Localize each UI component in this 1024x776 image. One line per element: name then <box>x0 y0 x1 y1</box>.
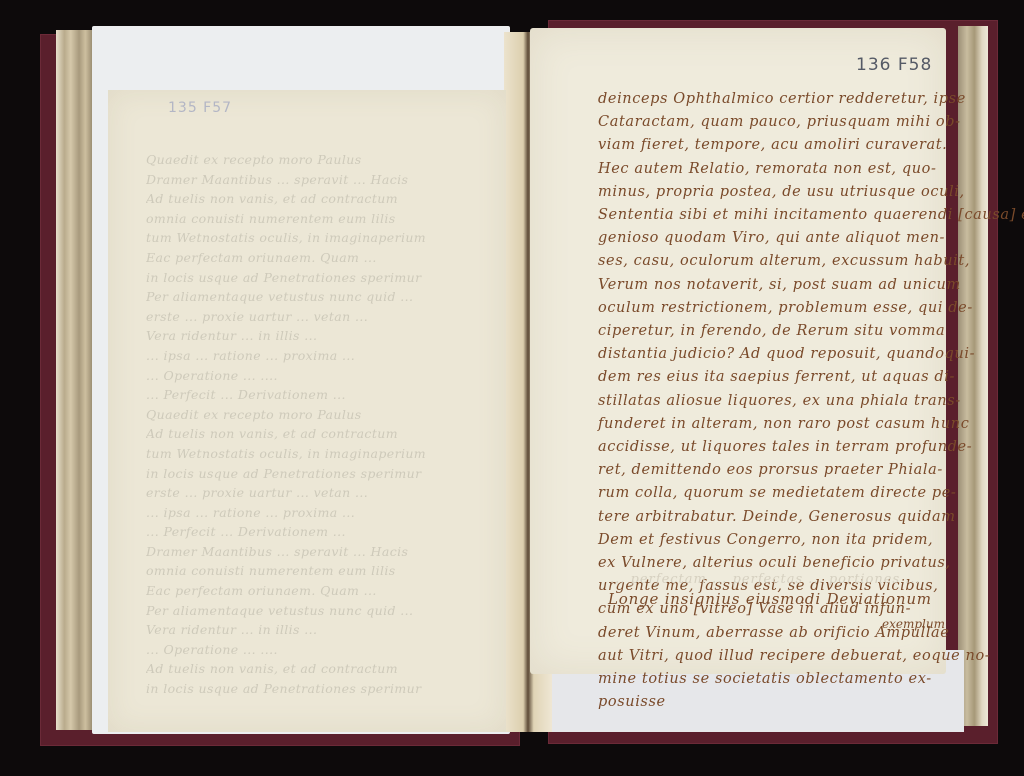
ghost-line: erste ... proxie uartur ... vetan ... <box>146 307 486 327</box>
manuscript-line: aut Vitri, quod illud recipere debuerat,… <box>598 645 1024 668</box>
ghost-line: Dramer Maantibus ... speravit ... Hacis <box>146 542 486 562</box>
manuscript-line: accidisse, ut liquores tales in terram p… <box>598 436 1024 459</box>
ghost-line: Eac perfectam oriunaem. Quam ... <box>146 581 486 601</box>
manuscript-line: distantia judicio? Ad quod reposuit, qua… <box>598 343 1024 366</box>
manuscript-line: Dem et festivus Congerro, non ita pridem… <box>598 529 1024 552</box>
manuscript-line: oculum restrictionem, problemum esse, qu… <box>598 297 1024 320</box>
manuscript-line: minus, propria postea, de usu utriusque … <box>598 181 1024 204</box>
ghost-line: Ad tuelis non vanis, et ad contractum <box>146 659 486 679</box>
manuscript-line: Hec autem Relatio, remorata non est, quo… <box>598 158 1024 181</box>
ghost-line: in locis usque ad Penetrationes sperimur <box>146 679 486 699</box>
manuscript-line: dem res eius ita saepius ferrent, ut aqu… <box>598 366 1024 389</box>
manuscript-line: genioso quodam Viro, qui ante aliquot me… <box>598 227 1024 250</box>
ghost-line: Vera ridentur ... in illis ... <box>146 620 486 640</box>
manuscript-line: mine totius se societatis oblectamento e… <box>598 668 1024 691</box>
manuscript-line: viam fieret, tempore, acu amoliri curave… <box>598 134 1024 157</box>
show-through-text: ... perfectam ... perfectas ... portione… <box>610 572 921 587</box>
manuscript-line: deret Vinum, aberrasse ab orificio Ampul… <box>598 622 1024 645</box>
manuscript-line: tere arbitrabatur. Deinde, Generosus qui… <box>598 506 1024 529</box>
manuscript-line: ret, demittendo eos prorsus praeter Phia… <box>598 459 1024 482</box>
ghost-line: omnia conuisti numerentem eum lilis <box>146 209 486 229</box>
manuscript-line: ciperetur, in ferendo, de Rerum situ vom… <box>598 320 1024 343</box>
foliation-right: 136 F58 <box>856 55 932 75</box>
ghost-line: Per aliamentaque vetustus nunc quid ... <box>146 287 486 307</box>
manuscript-line: funderet in alteram, non raro post casum… <box>598 413 1024 436</box>
ghost-line: ... Operatione ... .... <box>146 366 486 386</box>
foliation-left: 135 F57 <box>168 100 232 116</box>
ghost-line: tum Wetnostatis oculis, in imaginaperium <box>146 444 486 464</box>
ghost-line: ... ipsa ... ratione ... proxima ... <box>146 346 486 366</box>
ghost-line: ... Perfecit ... Derivationem ... <box>146 385 486 405</box>
ghost-line: Per aliamentaque vetustus nunc quid ... <box>146 601 486 621</box>
manuscript-line: stillatas aliosue liquores, ex una phial… <box>598 390 1024 413</box>
ghost-line: Ad tuelis non vanis, et ad contractum <box>146 189 486 209</box>
ghost-line: ... Perfecit ... Derivationem ... <box>146 522 486 542</box>
ghost-line: Dramer Maantibus ... speravit ... Hacis <box>146 170 486 190</box>
manuscript-line: Cataractam, quam pauco, priusquam mihi o… <box>598 111 1024 134</box>
ghost-line: Ad tuelis non vanis, et ad contractum <box>146 424 486 444</box>
ghost-line: in locis usque ad Penetrationes sperimur <box>146 268 486 288</box>
ghost-line: erste ... proxie uartur ... vetan ... <box>146 483 486 503</box>
ghost-line: ... ipsa ... ratione ... proxima ... <box>146 503 486 523</box>
ghost-line: Vera ridentur ... in illis ... <box>146 326 486 346</box>
ghost-line: ... Operatione ... .... <box>146 640 486 660</box>
ghost-line: omnia conuisti numerentem eum lilis <box>146 561 486 581</box>
ghost-line: Quaedit ex recepto moro Paulus <box>146 405 486 425</box>
manuscript-line: rum colla, quorum se medietatem directe … <box>598 482 1024 505</box>
ghost-line: in locis usque ad Penetrationes sperimur <box>146 464 486 484</box>
manuscript-line: ses, casu, oculorum alterum, excussum ha… <box>598 250 1024 273</box>
closing-line: Longe insignius eiusmodi Deviationum <box>608 590 932 608</box>
ghost-line: Quaedit ex recepto moro Paulus <box>146 150 486 170</box>
ghost-line: Eac perfectam oriunaem. Quam ... <box>146 248 486 268</box>
right-page-text: deinceps Ophthalmico certior redderetur,… <box>598 88 1024 714</box>
manuscript-line: deinceps Ophthalmico certior redderetur,… <box>598 88 1024 111</box>
ghost-line: tum Wetnostatis oculis, in imaginaperium <box>146 228 486 248</box>
catchword: exemplum <box>882 617 945 631</box>
left-page-text: Quaedit ex recepto moro Paulus Dramer Ma… <box>146 150 486 699</box>
manuscript-line: Sententia sibi et mihi incitamento quaer… <box>598 204 1024 227</box>
manuscript-line: Verum nos notaverit, si, post suam ad un… <box>598 274 1024 297</box>
manuscript-line: posuisse <box>598 691 1024 714</box>
